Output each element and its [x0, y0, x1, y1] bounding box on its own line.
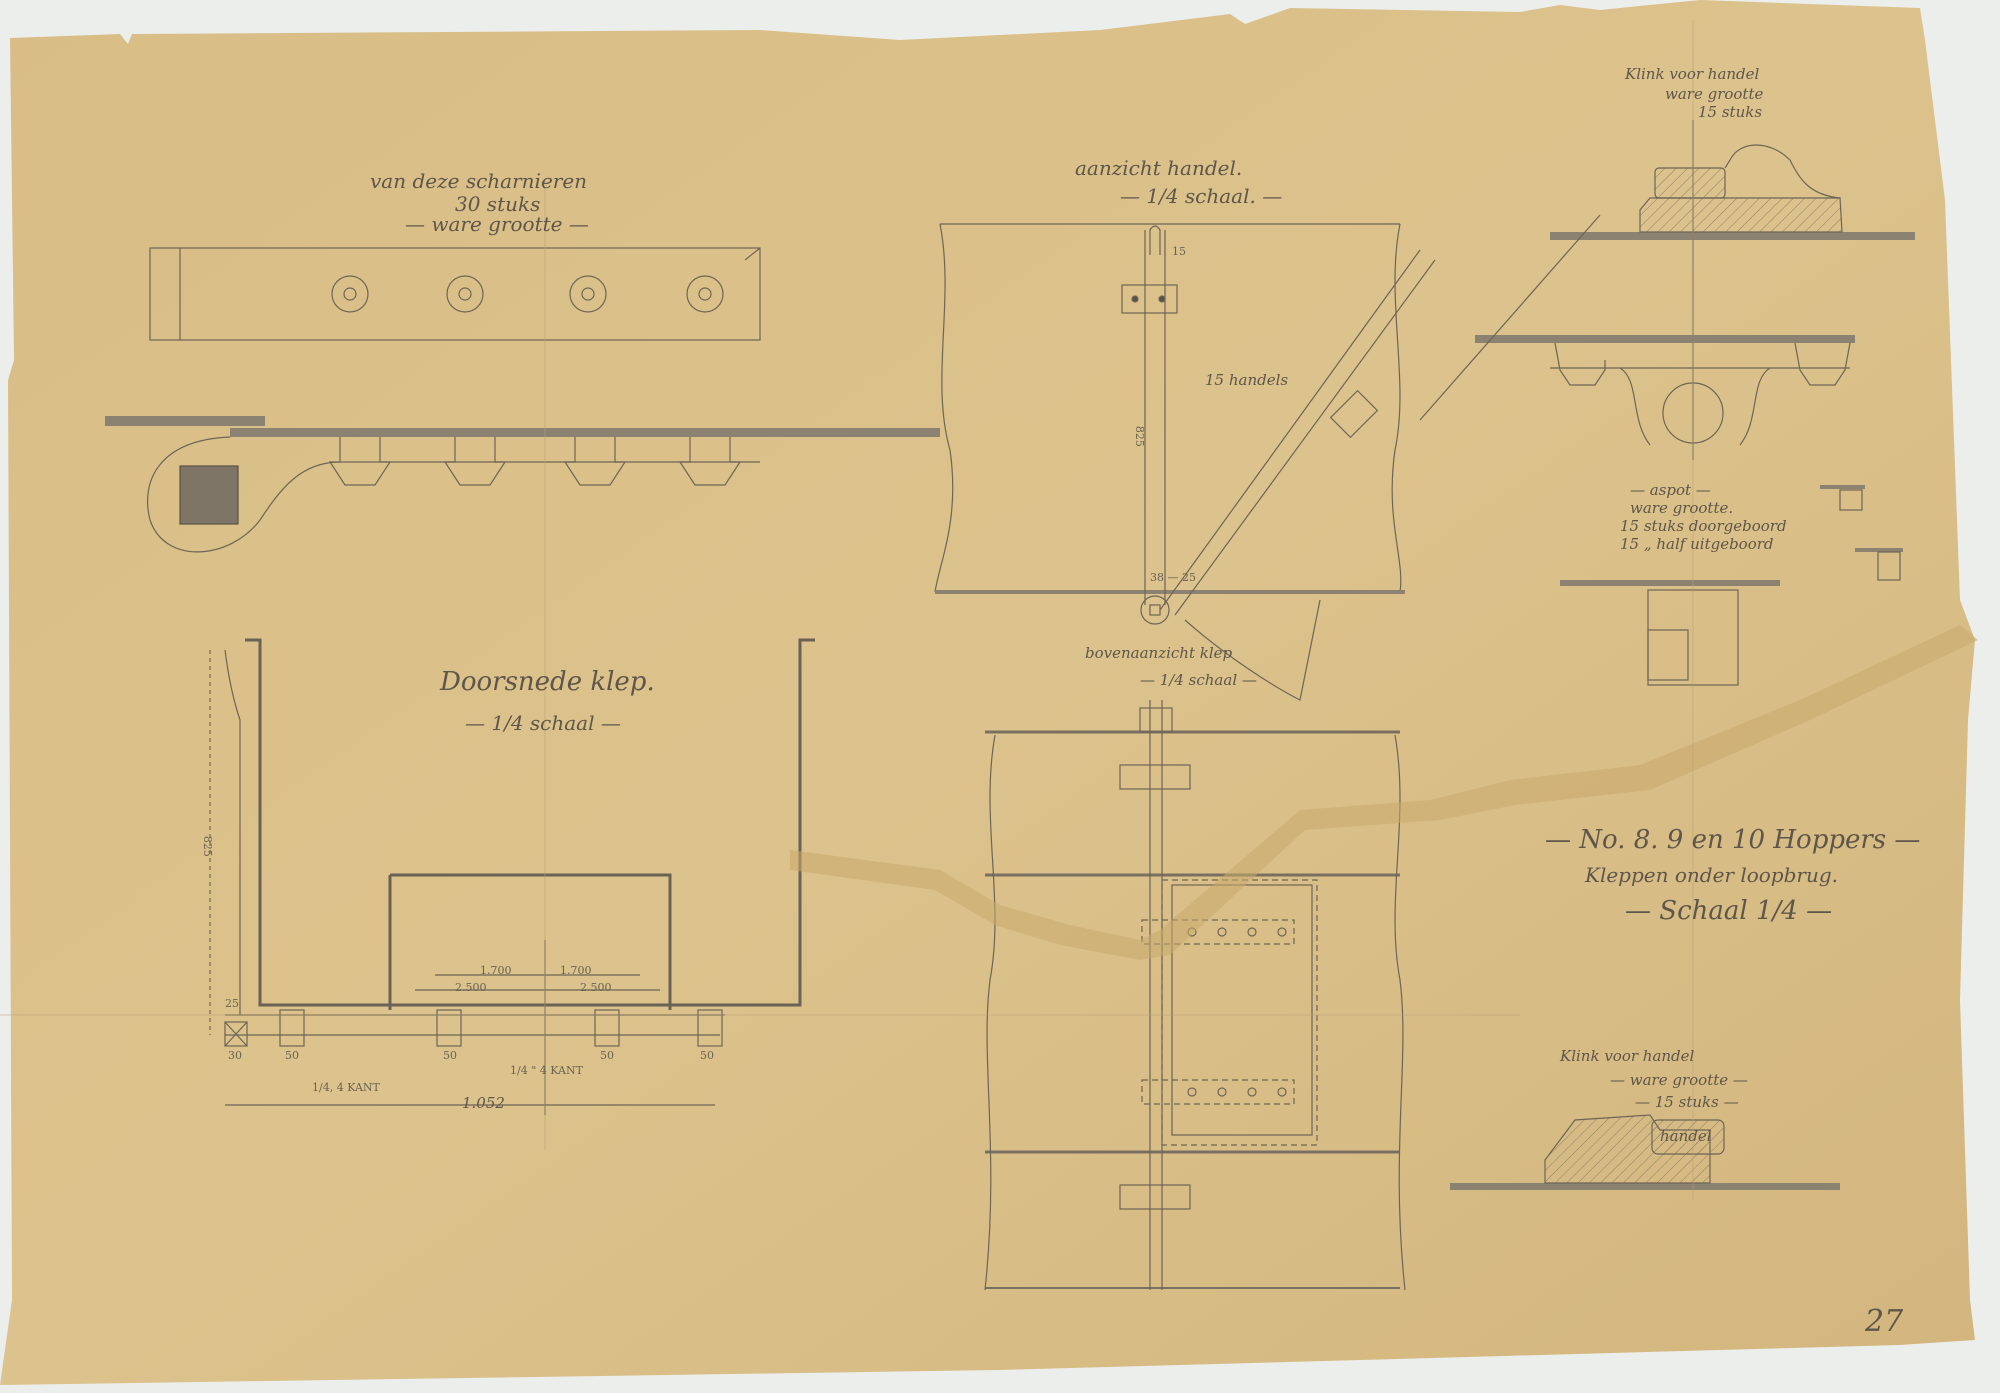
- clip-top-count: 15 stuks: [1698, 104, 1762, 121]
- clip-top-title: Klink voor handel: [1625, 66, 1759, 83]
- clip-top-scale: ware grootte: [1665, 86, 1763, 103]
- title-block-line3: — Schaal 1/4 —: [1625, 897, 1832, 927]
- dim-foot-1: 30: [228, 1050, 242, 1063]
- dim-foot-2: 50: [285, 1050, 299, 1063]
- drawing-sheet: [0, 0, 2000, 1393]
- handle-dim-top: 15: [1172, 246, 1186, 259]
- dim-inner-left: 1.700: [480, 965, 512, 978]
- title-block-line1: — No. 8. 9 en 10 Hoppers —: [1545, 826, 1920, 856]
- handles-callout: 15 handels: [1205, 372, 1288, 389]
- top-view-title: bovenaanzicht klep: [1085, 645, 1232, 662]
- note-center: 1/4 " 4 KANT: [510, 1065, 583, 1078]
- cross-section-title: Doorsnede klep.: [440, 668, 655, 698]
- clip-bottom-part-label: handel: [1660, 1128, 1712, 1145]
- title-block-line2: Kleppen onder loopbrug.: [1585, 864, 1838, 887]
- handle-dim-vertical: 825: [1132, 426, 1145, 447]
- dim-total: 1.052: [462, 1095, 505, 1112]
- sheet-number: 27: [1865, 1305, 1903, 1340]
- handle-dim-bottom: 38 — 25: [1150, 572, 1196, 585]
- axle-scale: ware grootte.: [1630, 500, 1733, 517]
- handle-elevation-title: aanzicht handel.: [1075, 157, 1242, 180]
- dim-inner-right: 1.700: [560, 965, 592, 978]
- hinges-scale: — ware grootte —: [405, 213, 589, 236]
- cross-section-dim-vertical: 825: [200, 836, 213, 857]
- note-left: 1/4, 4 KANT: [312, 1082, 380, 1095]
- handle-elevation-scale: — 1/4 schaal. —: [1120, 185, 1282, 208]
- dim-foot-3: 50: [443, 1050, 457, 1063]
- top-view-scale: — 1/4 schaal —: [1140, 672, 1257, 689]
- hinges-title: van deze scharnieren: [370, 170, 587, 193]
- dim-span-left: 2.500: [455, 982, 487, 995]
- axle-title: — aspot —: [1630, 482, 1711, 499]
- dim-foot-5: 50: [700, 1050, 714, 1063]
- clip-bottom-count: — 15 stuks —: [1635, 1094, 1739, 1111]
- dim-small: 25: [225, 998, 239, 1011]
- clip-bottom-scale: — ware grootte —: [1610, 1072, 1748, 1089]
- axle-note-2: 15 „ half uitgeboord: [1620, 536, 1774, 553]
- clip-bottom-title: Klink voor handel: [1560, 1048, 1694, 1065]
- dim-span-right: 2.500: [580, 982, 612, 995]
- cross-section-scale: — 1/4 schaal —: [465, 712, 621, 735]
- dim-foot-4: 50: [600, 1050, 614, 1063]
- axle-note-1: 15 stuks doorgeboord: [1620, 518, 1787, 535]
